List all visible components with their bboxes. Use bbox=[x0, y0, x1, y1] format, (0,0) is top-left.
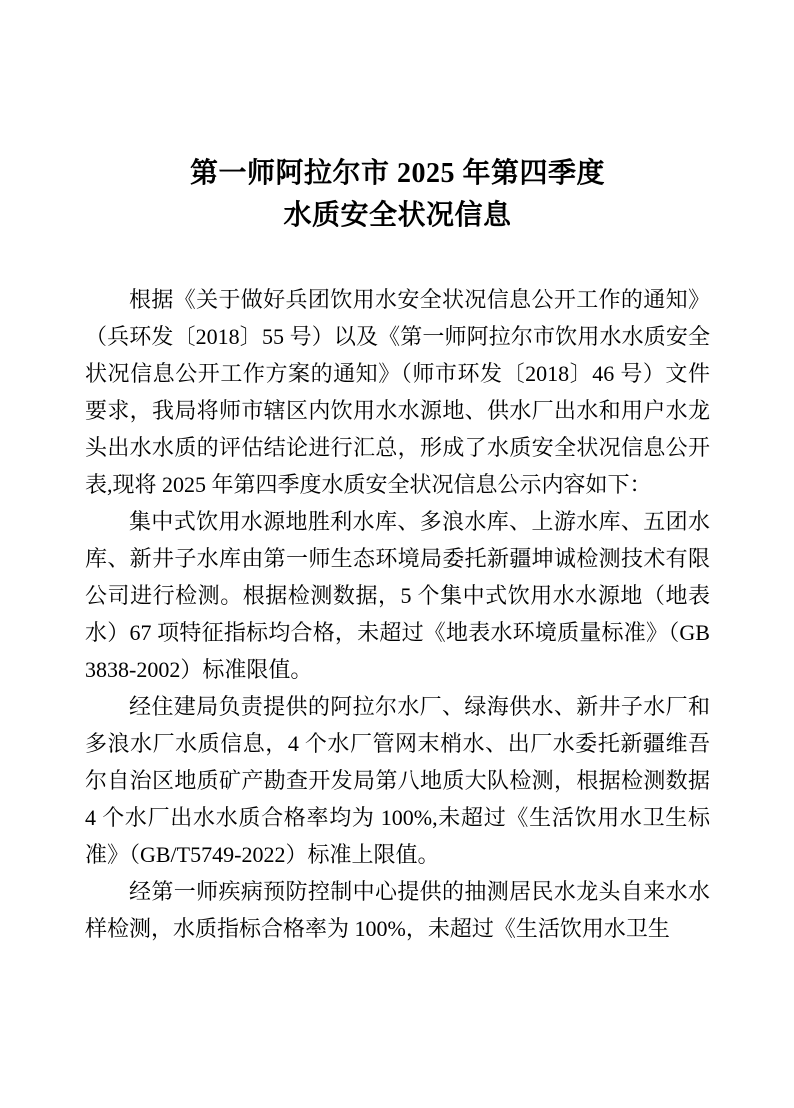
paragraph-intro: 根据《关于做好兵团饮用水安全状况信息公开工作的通知》（兵环发〔2018〕55 号… bbox=[85, 281, 710, 503]
paragraph-source-water: 集中式饮用水源地胜利水库、多浪水库、上游水库、五团水库、新井子水库由第一师生态环… bbox=[85, 503, 710, 688]
paragraph-tap-water: 经第一师疾病预防控制中心提供的抽测居民水龙头自来水水样检测，水质指标合格率为 1… bbox=[85, 873, 710, 947]
document-page: 第一师阿拉尔市 2025 年第四季度 水质安全状况信息 根据《关于做好兵团饮用水… bbox=[0, 0, 794, 1108]
title-line-1: 第一师阿拉尔市 2025 年第四季度 bbox=[85, 153, 710, 195]
document-title: 第一师阿拉尔市 2025 年第四季度 水质安全状况信息 bbox=[85, 153, 710, 237]
document-body: 根据《关于做好兵团饮用水安全状况信息公开工作的通知》（兵环发〔2018〕55 号… bbox=[85, 281, 710, 947]
paragraph-waterworks: 经住建局负责提供的阿拉尔水厂、绿海供水、新井子水厂和多浪水厂水质信息，4 个水厂… bbox=[85, 688, 710, 873]
title-line-2: 水质安全状况信息 bbox=[85, 195, 710, 237]
